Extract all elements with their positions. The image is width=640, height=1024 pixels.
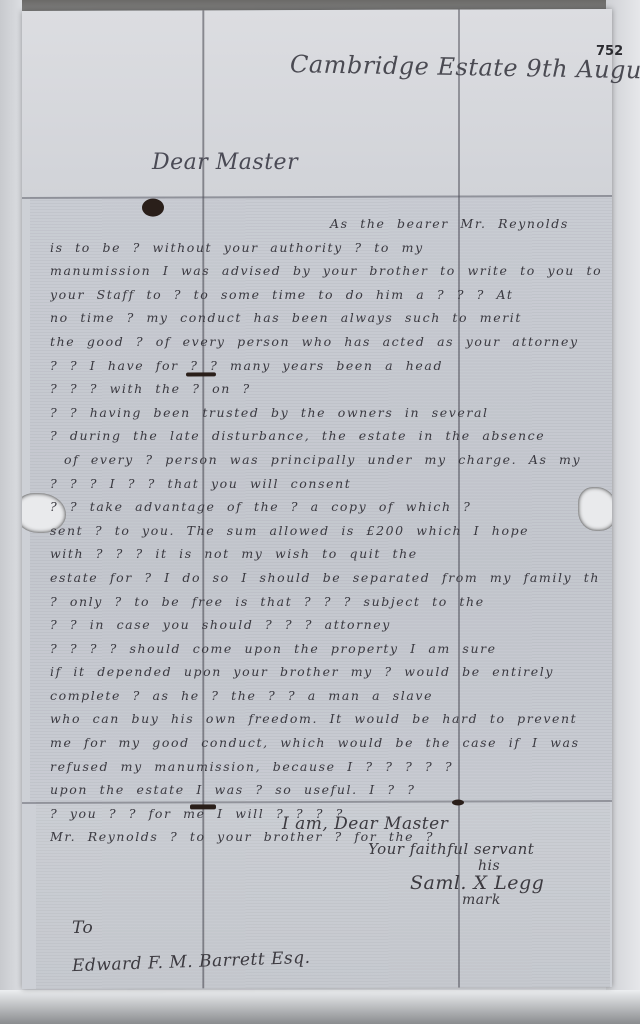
body-line: refused my manumission, because I ? ? ? … xyxy=(50,755,600,779)
body-line: ? ? having been trusted by the owners in… xyxy=(50,401,600,425)
body-line: no time ? my conduct has been always suc… xyxy=(50,306,600,330)
body-line: me for my good conduct, which would be t… xyxy=(50,731,600,755)
body-line: if it depended upon your brother my ? wo… xyxy=(50,660,600,684)
body-line: ? ? ? with the ? on ? xyxy=(50,377,600,401)
closing-servant: Your faithful servant xyxy=(368,840,534,858)
address-to-label: To xyxy=(72,918,93,938)
photo-backdrop-left xyxy=(0,0,22,1024)
body-line: your Staff to ? to some time to do him a… xyxy=(50,283,600,307)
body-line: of every ? person was principally under … xyxy=(50,448,600,472)
body-line: ? ? ? ? should come upon the property I … xyxy=(50,637,600,661)
body-line: ? ? I have for ? ? many years been a hea… xyxy=(50,354,600,378)
body-line: estate for ? I do so I should be separat… xyxy=(50,566,600,590)
body-line: As the bearer Mr. Reynolds xyxy=(50,212,600,236)
body-line: who can buy his own freedom. It would be… xyxy=(50,707,600,731)
salutation: Dear Master xyxy=(152,150,298,175)
signature: Saml. X Legg xyxy=(410,872,544,894)
body-line: ? ? ? I ? ? that you will consent xyxy=(50,472,600,496)
body-line: the good ? of every person who has acted… xyxy=(50,330,600,354)
signature-mark: mark xyxy=(462,892,501,908)
body-line: ? ? in case you should ? ? ? attorney xyxy=(50,613,600,637)
closing-line: I am, Dear Master xyxy=(282,814,448,834)
body-line: sent ? to you. The sum allowed is £200 w… xyxy=(50,519,600,543)
body-line: manumission I was advised by your brothe… xyxy=(50,259,600,283)
body-line: with ? ? ? it is not my wish to quit the xyxy=(50,542,600,566)
body-line: ? only ? to be free is that ? ? ? subjec… xyxy=(50,590,600,614)
sheet-upper-panel xyxy=(22,9,612,197)
body-line: is to be ? without your authority ? to m… xyxy=(50,236,600,260)
body-line: complete ? as he ? the ? ? a man a slave xyxy=(50,684,600,708)
body-line: upon the estate I was ? so useful. I ? ? xyxy=(50,778,600,802)
letter-body: As the bearer Mr. Reynolds is to be ? wi… xyxy=(50,212,600,849)
photo-backdrop-bottom xyxy=(0,990,640,1024)
body-line: ? ? take advantage of the ? a copy of wh… xyxy=(50,495,600,519)
body-line: ? during the late disturbance, the estat… xyxy=(50,424,600,448)
